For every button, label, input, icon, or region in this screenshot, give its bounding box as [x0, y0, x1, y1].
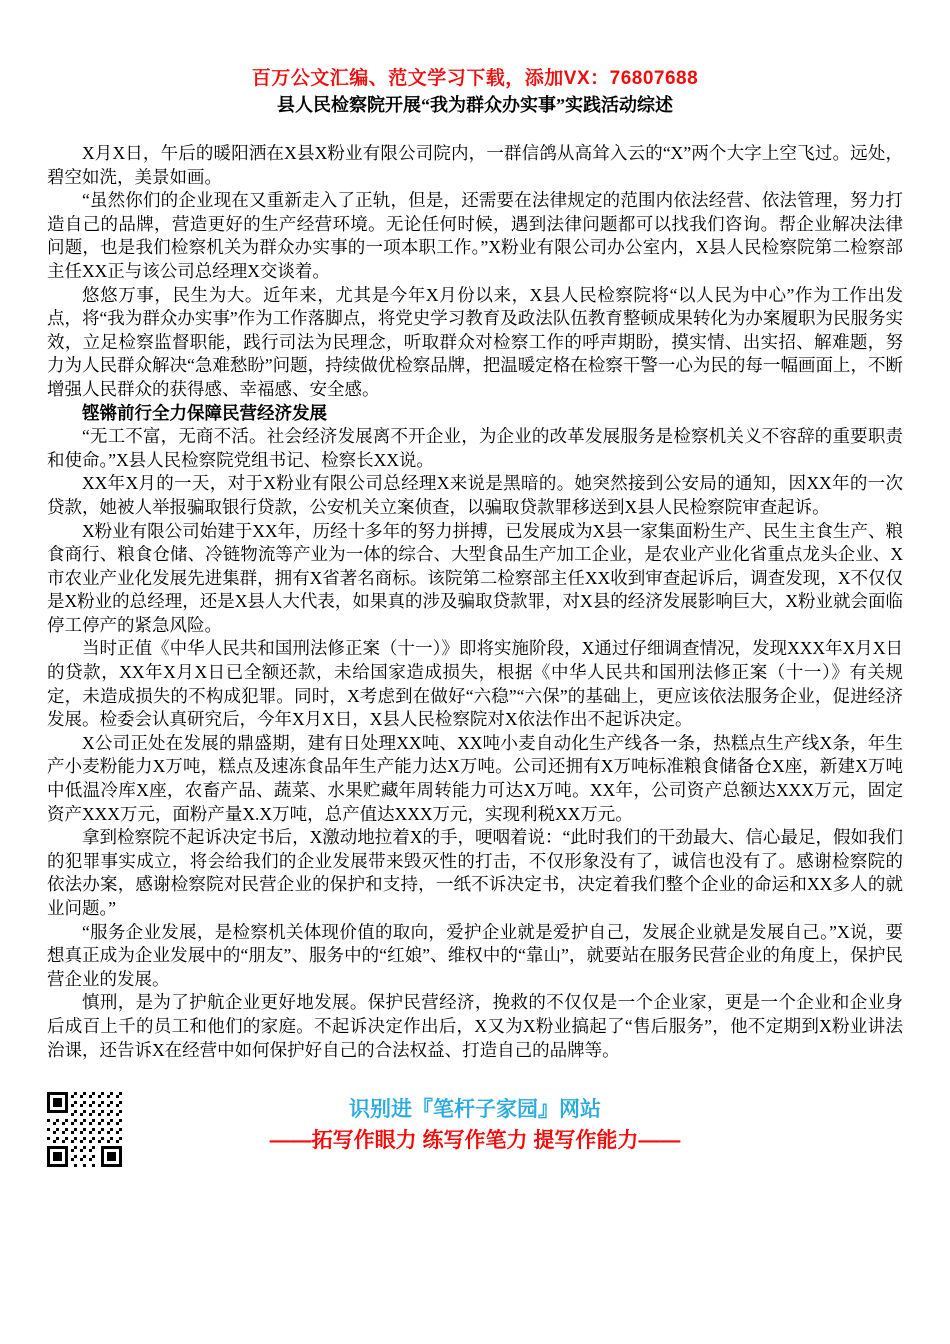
paragraph: X公司正处在发展的鼎盛期，建有日处理XX吨、XX吨小麦自动化生产线各一条，热糕点…	[47, 732, 903, 826]
paragraph: 当时正值《中华人民共和国刑法修正案（十一）》即将实施阶段，X通过仔细调查情况，发…	[47, 637, 903, 731]
paragraph: X月X日，午后的暖阳洒在X县X粉业有限公司院内，一群信鸽从高耸入云的“X”两个大…	[47, 142, 903, 189]
footer-site-line: 识别进『笔杆子家园』网站	[0, 1094, 950, 1125]
paragraph: 慎刑，是为了护航企业更好地发展。保护民营经济，挽救的不仅仅是一个企业家，更是一个…	[47, 991, 903, 1062]
qr-code-icon	[47, 1092, 122, 1167]
paragraph: X粉业有限公司始建于XX年，历经十多年的努力拼搏，已发展成为X县一家集面粉生产、…	[47, 520, 903, 638]
promo-notice: 百万公文汇编、范文学习下载，添加VX：76807688	[47, 66, 903, 92]
paragraph: 悠悠万事，民生为大。近年来，尤其是今年X月份以来，X县人民检察院将“以人民为中心…	[47, 284, 903, 402]
paragraph: XX年X月的一天，对于X粉业有限公司总经理X来说是黑暗的。她突然接到公安局的通知…	[47, 472, 903, 519]
paragraph: 拿到检察院不起诉决定书后，X激动地拉着X的手，哽咽着说：“此时我们的干劲最大、信…	[47, 826, 903, 920]
document-page: { "header": { "notice": "百万公文汇编、范文学习下载，添…	[0, 0, 950, 1344]
footer-text-block: 识别进『笔杆子家园』网站 ——拓写作眼力 练写作笔力 提写作能力——	[0, 1088, 950, 1156]
page: 百万公文汇编、范文学习下载，添加VX：76807688 县人民检察院开展“我为群…	[0, 66, 950, 1062]
document-body: X月X日，午后的暖阳洒在X县X粉业有限公司院内，一群信鸽从高耸入云的“X”两个大…	[47, 142, 903, 1062]
section-heading: 铿锵前行全力保障民营经济发展	[47, 402, 903, 426]
page-footer: 识别进『笔杆子家园』网站 ——拓写作眼力 练写作笔力 提写作能力——	[0, 1088, 950, 1188]
footer-slogan-line: ——拓写作眼力 练写作笔力 提写作能力——	[0, 1125, 950, 1156]
paragraph: “无工不富，无商不活。社会经济发展离不开企业，为企业的改革发展服务是检察机关义不…	[47, 425, 903, 472]
paragraph: “服务企业发展，是检察机关体现价值的取向，爱护企业就是爱护自己，发展企业就是发展…	[47, 921, 903, 992]
paragraph: “虽然你们的企业现在又重新走入了正轨，但是，还需要在法律规定的范围内依法经营、依…	[47, 189, 903, 283]
qr-code-icon	[47, 1092, 122, 1167]
page-title: 县人民检察院开展“我为群众办实事”实践活动综述	[47, 92, 903, 118]
